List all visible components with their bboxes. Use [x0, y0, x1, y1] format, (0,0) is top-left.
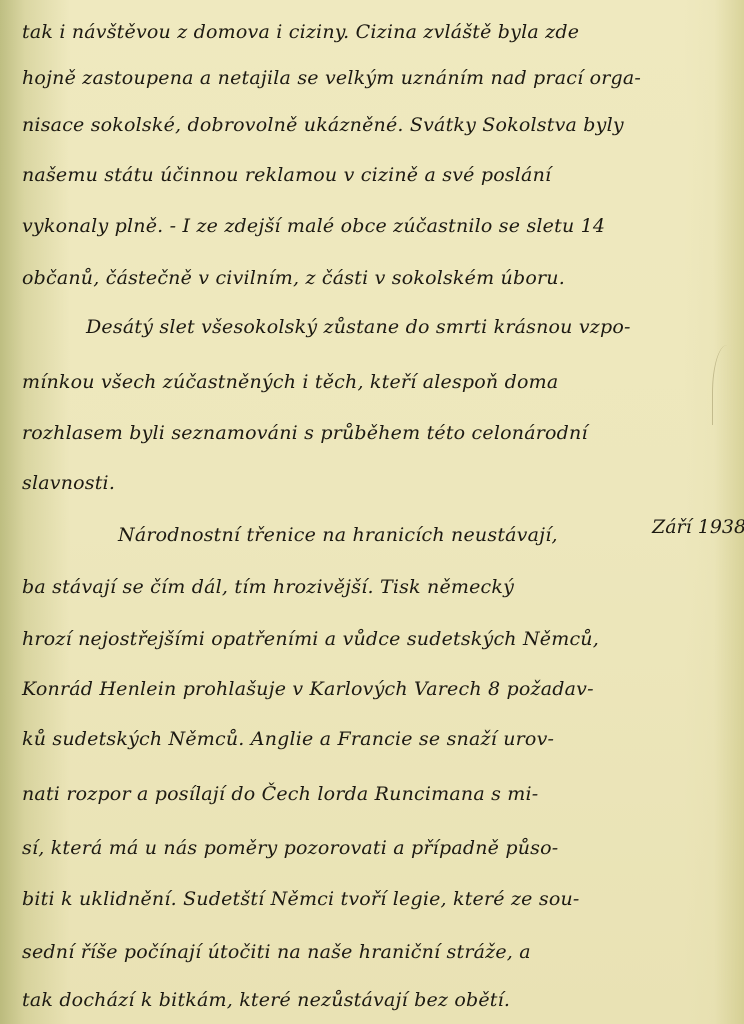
text-line: Desátý slet všesokolský zůstane do smrti…	[86, 315, 631, 339]
text-line: hrozí nejostřejšími opatřeními a vůdce s…	[22, 627, 599, 651]
text-line: Konrád Henlein prohlašuje v Karlových Va…	[22, 677, 594, 701]
text-line: nisace sokolské, dobrovolně ukázněné. Sv…	[22, 113, 624, 137]
text-line: tak i návštěvou z domova i ciziny. Cizin…	[22, 20, 579, 44]
handwritten-page: tak i návštěvou z domova i ciziny. Cizin…	[0, 0, 744, 1024]
text-line: sední říše počínají útočiti na naše hran…	[22, 940, 531, 964]
text-line: Národnostní třenice na hranicích neustáv…	[118, 523, 558, 547]
paper-crease	[712, 345, 737, 425]
text-line: mínkou všech zúčastněných i těch, kteří …	[22, 370, 558, 394]
text-line: tak dochází k bitkám, které nezůstávají …	[22, 988, 510, 1012]
text-line: hojně zastoupena a netajila se velkým uz…	[22, 66, 641, 90]
text-line: slavnosti.	[22, 471, 115, 495]
text-line: sí, která má u nás poměry pozorovati a p…	[22, 836, 558, 860]
text-line: nati rozpor a posílají do Čech lorda Run…	[22, 782, 538, 806]
text-line: ba stávají se čím dál, tím hrozivější. T…	[22, 575, 514, 599]
text-line: našemu státu účinnou reklamou v cizině a…	[22, 163, 551, 187]
text-line: rozhlasem byli seznamováni s průběhem té…	[22, 421, 588, 445]
text-line: biti k uklidnění. Sudetští Němci tvoří l…	[22, 887, 580, 911]
text-line: ků sudetských Němců. Anglie a Francie se…	[22, 727, 554, 751]
margin-date-note: Září 1938.	[652, 516, 744, 538]
text-line: občanů, částečně v civilním, z části v s…	[22, 266, 565, 290]
text-line: vykonaly plně. - I ze zdejší malé obce z…	[22, 214, 605, 238]
